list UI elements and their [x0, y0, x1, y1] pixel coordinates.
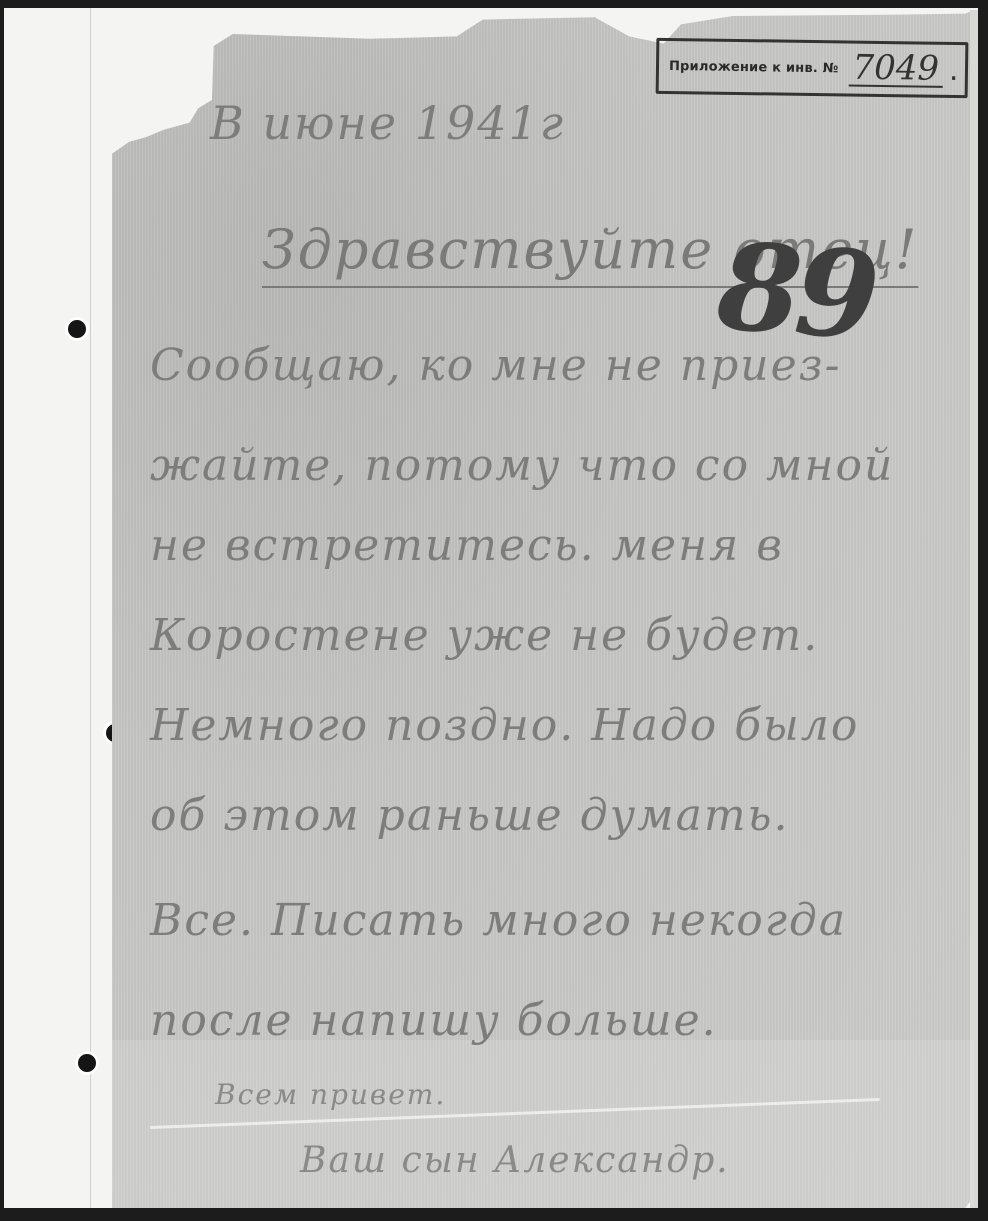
letter-signature: Ваш сын Александр.: [300, 1140, 730, 1181]
folio-number: 89: [714, 227, 877, 358]
punch-hole: [78, 1054, 96, 1072]
stamp-label: Приложение к инв. №: [669, 59, 839, 76]
letter-line: не встретитесь. меня в: [150, 520, 784, 571]
letter-line: после напишу больше.: [150, 995, 718, 1046]
stamp-mark: .: [949, 52, 959, 87]
letter-date: В июне 1941г: [210, 96, 565, 150]
scanned-document: Приложение к инв. № 7049 . В июне 1941г …: [0, 0, 988, 1221]
letter-line: жайте, потому что со мной: [150, 440, 894, 491]
archive-stamp: Приложение к инв. № 7049 .: [656, 38, 969, 98]
backing-fold-line: [90, 8, 91, 1208]
letter-closing: Всем привет.: [215, 1078, 446, 1111]
stamp-inventory-number: 7049: [848, 51, 943, 88]
paper-edge: [970, 10, 978, 1208]
letter-line: об этом раньше думать.: [150, 790, 789, 841]
letter-line: Сообщаю, ко мне не приез-: [150, 340, 841, 391]
letter-line: Немного поздно. Надо было: [150, 700, 859, 751]
punch-hole: [68, 320, 86, 338]
letter-line: Коростене уже не будет.: [150, 610, 819, 661]
letter-line: Все. Писать много некогда: [150, 895, 847, 946]
